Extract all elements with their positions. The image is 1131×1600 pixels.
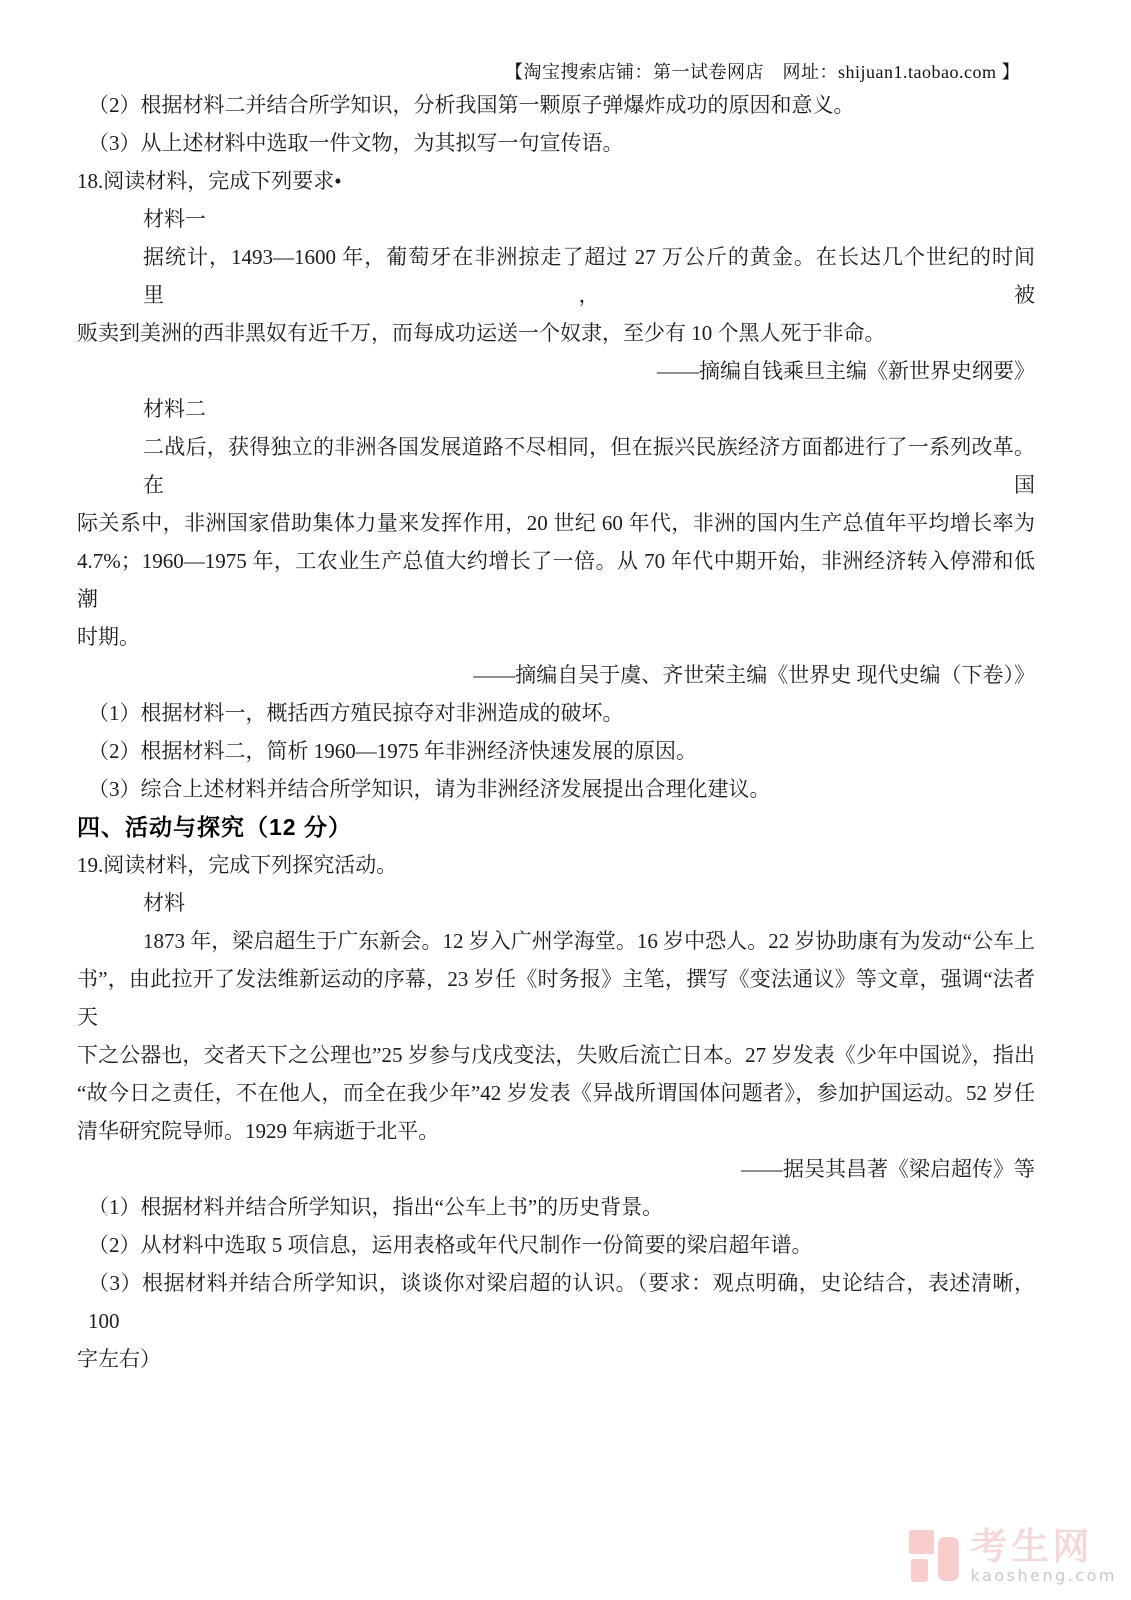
q19-intro: 19.阅读材料，完成下列探究活动。 — [77, 846, 1035, 884]
q18-material2-line: 4.7%；1960—1975 年，工农业生产总值大约增长了一倍。从 70 年代中… — [77, 542, 1035, 618]
q19-material-line: “故今日之责任，不在他人，而全在我少年”42 岁发表《异战所谓国体问题者》，参加… — [77, 1074, 1035, 1112]
q18-part1: （1）根据材料一，概括西方殖民掠夺对非洲造成的破坏。 — [77, 694, 1035, 732]
q18-material1-line: 贩卖到美洲的西非黑奴有近千万，而每成功运送一个奴隶，至少有 10 个黑人死于非命… — [77, 314, 1035, 352]
document-body: （2）根据材料二并结合所学知识，分析我国第一颗原子弹爆炸成功的原因和意义。 （3… — [77, 86, 1035, 1378]
q18-material1-label: 材料一 — [77, 200, 1035, 238]
exam-paper-page: 【淘宝搜索店铺：第一试卷网店 网址：shijuan1.taobao.com 】 … — [0, 0, 1131, 1600]
q18-material1-line: 据统计，1493—1600 年，葡萄牙在非洲掠走了超过 27 万公斤的黄金。在长… — [77, 238, 1035, 314]
q19-material-line: 清华研究院导师。1929 年病逝于北平。 — [77, 1112, 1035, 1150]
q19-source: ——据吴其昌著《梁启超传》等 — [77, 1150, 1035, 1188]
kaosheng-watermark: 考生网 kaosheng.com — [907, 1528, 1117, 1585]
q18-source2: ——摘编自吴于虞、齐世荣主编《世界史 现代史编（下卷）》 — [77, 656, 1035, 694]
q17-part3: （3）从上述材料中选取一件文物，为其拟写一句宣传语。 — [77, 124, 1035, 162]
scan-artifact-dot — [104, 1212, 108, 1216]
q18-part2: （2）根据材料二，简析 1960—1975 年非洲经济快速发展的原因。 — [77, 732, 1035, 770]
q18-intro: 18.阅读材料，完成下列要求• — [77, 162, 1035, 200]
q18-material2-line: 二战后，获得独立的非洲各国发展道路不尽相同，但在振兴民族经济方面都进行了一系列改… — [77, 428, 1035, 504]
kaosheng-domain-label: kaosheng.com — [971, 1567, 1117, 1585]
section4-heading: 四、活动与探究（12 分） — [77, 808, 1035, 846]
q19-part3-line: 字左右） — [77, 1340, 1035, 1378]
q19-material-line: 书”，由此拉开了发法维新运动的序幕，23 岁任《时务报》主笔，撰写《变法通议》等… — [77, 960, 1035, 1036]
q18-material2-label: 材料二 — [77, 390, 1035, 428]
q18-source1: ——摘编自钱乘旦主编《新世界史纲要》 — [77, 352, 1035, 390]
q18-material2-line: 际关系中，非洲国家借助集体力量来发挥作用，20 世纪 60 年代，非洲的国内生产… — [77, 504, 1035, 542]
q19-part1: （1）根据材料并结合所学知识，指出“公车上书”的历史背景。 — [77, 1188, 1035, 1226]
q19-material-line: 下之公器也，交者天下之公理也”25 岁参与戊戌变法，失败后流亡日本。27 岁发表… — [77, 1036, 1035, 1074]
q19-part2: （2）从材料中选取 5 项信息，运用表格或年代尺制作一份简要的梁启超年谱。 — [77, 1226, 1035, 1264]
q19-material-label: 材料 — [77, 884, 1035, 922]
q17-part2: （2）根据材料二并结合所学知识，分析我国第一颗原子弹爆炸成功的原因和意义。 — [77, 86, 1035, 124]
q18-part3: （3）综合上述材料并结合所学知识，请为非洲经济发展提出合理化建议。 — [77, 770, 1035, 808]
q19-material-line: 1873 年，梁启超生于广东新会。12 岁入广州学海堂。16 岁中恐人。22 岁… — [77, 922, 1035, 960]
q19-part3-line: （3）根据材料并结合所学知识，谈谈你对梁启超的认识。（要求：观点明确，史论结合，… — [77, 1264, 1035, 1340]
q18-material2-line: 时期。 — [77, 618, 1035, 656]
kaosheng-logo-icon — [907, 1528, 961, 1584]
taobao-shop-header: 【淘宝搜索店铺：第一试卷网店 网址：shijuan1.taobao.com 】 — [77, 60, 1035, 84]
kaosheng-cn-label: 考生网 — [971, 1528, 1117, 1565]
kaosheng-watermark-text: 考生网 kaosheng.com — [971, 1528, 1117, 1585]
